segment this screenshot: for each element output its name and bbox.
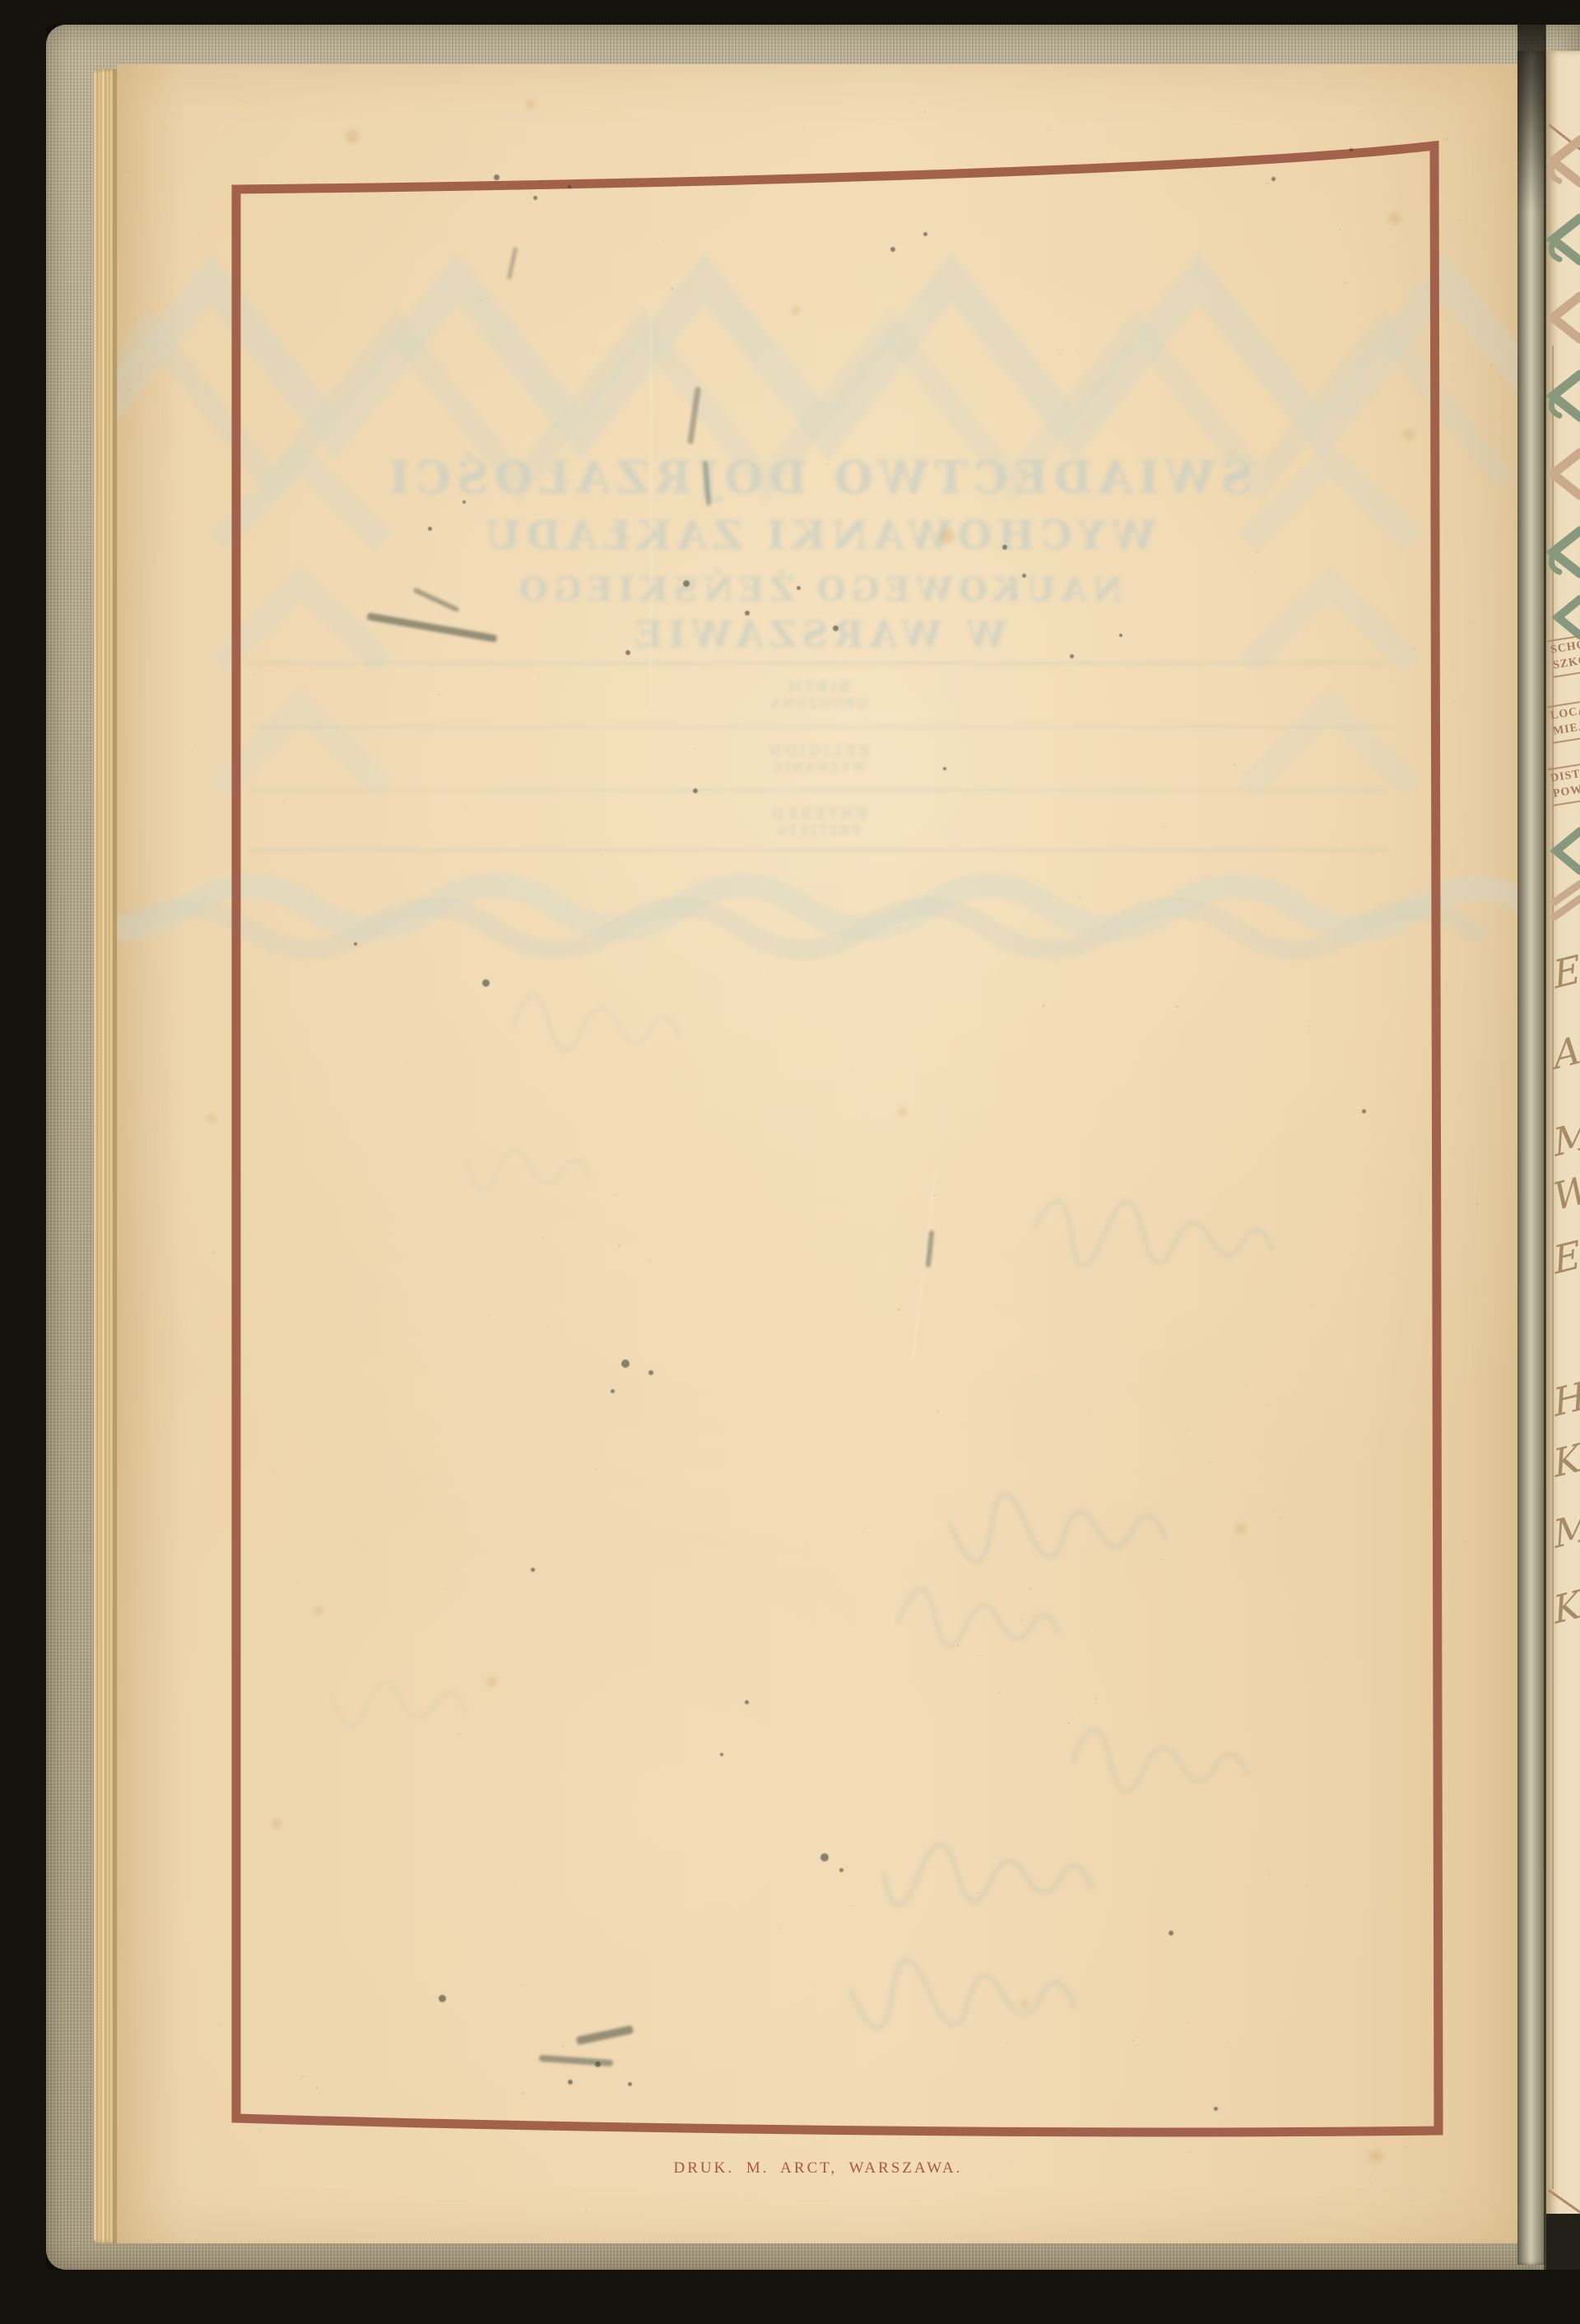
speck — [957, 1644, 960, 1647]
speck — [1369, 2150, 1382, 2163]
lifted-page-fore-edge — [1517, 51, 1545, 2265]
speck — [1312, 1304, 1313, 1306]
speck — [576, 2025, 634, 2045]
speck — [272, 1819, 281, 1829]
speck — [297, 1581, 298, 1582]
speck — [407, 1060, 408, 1061]
speck — [1469, 622, 1471, 624]
speck — [1246, 1385, 1248, 1387]
speck — [212, 1252, 214, 1253]
speck — [445, 1587, 446, 1588]
speck — [316, 2087, 317, 2088]
speck — [587, 2122, 588, 2124]
speck — [898, 1308, 899, 1310]
fore-edge-shadow — [1517, 0, 1545, 214]
speck — [616, 1195, 616, 1196]
speck — [272, 1469, 273, 1471]
speck — [977, 1892, 978, 1894]
speck — [693, 788, 698, 793]
speck — [1327, 1434, 1328, 1435]
speck — [314, 1606, 323, 1615]
speck — [1271, 1509, 1273, 1511]
speck — [1020, 2000, 1029, 2008]
speck — [1254, 570, 1256, 572]
speck — [621, 1360, 630, 1368]
speck — [482, 979, 490, 987]
speck — [462, 463, 463, 465]
speck — [413, 588, 460, 613]
speck — [778, 1928, 780, 1930]
speck — [833, 625, 839, 631]
speck — [936, 1411, 938, 1412]
speck — [1309, 1025, 1311, 1027]
speck — [514, 1889, 515, 1889]
speck — [128, 388, 130, 390]
speck — [826, 463, 827, 464]
speck — [207, 1114, 216, 1122]
speck — [1224, 2047, 1226, 2048]
speck — [1299, 471, 1299, 472]
speck — [202, 505, 203, 507]
speck — [446, 547, 447, 548]
speck — [287, 969, 289, 970]
speck — [539, 2055, 613, 2066]
speck — [361, 1545, 363, 1546]
speck — [1389, 212, 1401, 224]
speck — [523, 1984, 524, 1986]
speck — [683, 580, 690, 587]
speck — [438, 694, 440, 696]
speck — [947, 2127, 948, 2128]
speck — [199, 231, 201, 233]
speck — [1015, 594, 1017, 596]
speck — [1234, 764, 1236, 766]
speck — [1236, 1524, 1246, 1534]
speck — [1305, 1885, 1307, 1886]
speck — [459, 1733, 460, 1734]
speck — [1458, 219, 1459, 220]
speck — [699, 739, 700, 740]
speck — [599, 849, 601, 851]
next-page-chevron-ornament — [1546, 132, 1580, 658]
speck — [943, 767, 946, 770]
speck — [671, 287, 672, 289]
speck — [283, 801, 285, 802]
speck — [1427, 593, 1429, 595]
speck — [674, 616, 675, 617]
speck — [247, 655, 248, 656]
speck — [1362, 1109, 1366, 1113]
speck — [1187, 2023, 1188, 2024]
speck — [1006, 2043, 1008, 2045]
speck — [1280, 1518, 1281, 1519]
speck — [542, 1237, 544, 1239]
speck — [595, 1468, 597, 1470]
speck — [909, 737, 910, 737]
speck — [662, 239, 664, 241]
speck — [521, 2093, 523, 2095]
speck — [1430, 441, 1431, 442]
speck — [585, 2210, 587, 2212]
speck — [357, 114, 358, 114]
speck — [618, 1244, 620, 1247]
speck — [260, 2130, 262, 2131]
speck — [1070, 654, 1074, 658]
speck — [1176, 1006, 1178, 1007]
speck — [1453, 700, 1455, 702]
speck — [130, 171, 131, 172]
speck — [1119, 634, 1122, 637]
speck — [1087, 1629, 1089, 1630]
speck — [839, 1868, 843, 1872]
speck — [396, 1415, 397, 1416]
speck — [1424, 1389, 1426, 1391]
speck — [462, 500, 466, 504]
book-page: ŚWIADECTWO DOJRZAŁOŚCI WYCHOWANKI ZAKŁAD… — [117, 64, 1519, 2243]
speck — [507, 247, 518, 280]
speck — [1222, 1974, 1223, 1975]
speck — [1059, 354, 1061, 356]
speck — [1192, 659, 1194, 661]
speck — [1375, 2178, 1376, 2179]
speck — [940, 528, 955, 543]
speck — [745, 1700, 749, 1704]
speck — [1186, 1429, 1187, 1431]
speck — [1127, 425, 1129, 427]
next-page-label-box: DISTR POW — [1547, 761, 1580, 806]
speck — [978, 1655, 979, 1657]
speck — [202, 654, 203, 656]
speck — [254, 674, 256, 676]
speck — [249, 1235, 251, 1237]
speck — [924, 111, 926, 113]
speck — [592, 351, 593, 352]
speck — [864, 1527, 866, 1529]
speck — [1163, 827, 1164, 829]
speck — [487, 1677, 497, 1687]
speck — [1297, 79, 1298, 80]
next-page-ornament-lower — [1546, 823, 1580, 955]
speck — [673, 184, 675, 186]
speck — [568, 185, 571, 188]
speck — [648, 1370, 653, 1375]
speck — [1079, 896, 1080, 898]
speck — [1079, 355, 1080, 356]
speck — [181, 1322, 183, 1324]
speck — [1029, 1587, 1031, 1589]
speck — [951, 342, 952, 343]
speck — [1104, 239, 1105, 239]
speck — [595, 2061, 601, 2067]
speck — [439, 1995, 446, 2002]
speck — [848, 402, 849, 402]
speck — [191, 748, 193, 750]
speck — [1327, 1657, 1328, 1658]
speck — [547, 1326, 549, 1327]
speck — [480, 300, 481, 301]
speck — [366, 612, 497, 643]
next-page-label-box: SCHO SZKO — [1547, 633, 1580, 678]
speck — [1002, 545, 1007, 550]
speck — [651, 1259, 653, 1261]
speck — [128, 1318, 129, 1320]
speck — [1350, 148, 1353, 151]
speck — [999, 970, 1000, 971]
speck — [1043, 1005, 1045, 1007]
speck — [890, 247, 895, 252]
speck — [338, 1439, 339, 1439]
speck — [1062, 277, 1064, 279]
speck — [193, 924, 194, 926]
speck — [533, 196, 537, 200]
speck — [174, 1094, 176, 1095]
backdrop-strip-top — [0, 0, 1580, 25]
speck — [720, 1753, 723, 1756]
speck — [453, 281, 453, 281]
speck — [703, 461, 712, 506]
backdrop-strip-bottom — [0, 2270, 1580, 2324]
speck — [301, 2075, 303, 2077]
speck — [769, 1011, 770, 1011]
speck — [1256, 551, 1257, 553]
speck — [1498, 1851, 1499, 1852]
speck — [1161, 1559, 1163, 1560]
speck — [692, 634, 694, 636]
speck — [1463, 1541, 1465, 1542]
speck — [792, 306, 800, 314]
speck — [1271, 177, 1276, 181]
speck — [393, 1753, 394, 1755]
speck — [1214, 2107, 1218, 2111]
speck — [1095, 1698, 1097, 1699]
speck — [582, 1239, 583, 1240]
speck — [1414, 648, 1415, 649]
speck — [933, 1195, 935, 1197]
speck — [852, 1067, 853, 1069]
speck — [281, 463, 282, 465]
speck — [217, 2024, 219, 2026]
speck — [1476, 1202, 1478, 1204]
speck — [568, 2080, 573, 2085]
speck — [926, 1230, 935, 1267]
backdrop-strip-left — [0, 0, 46, 2324]
speck — [539, 677, 540, 678]
speck — [625, 650, 630, 655]
speck — [467, 806, 467, 807]
speck — [1090, 1411, 1092, 1413]
speck — [1169, 1931, 1173, 1936]
speck — [346, 130, 359, 143]
speck — [527, 100, 535, 109]
speck — [428, 527, 432, 531]
speck — [628, 2082, 632, 2086]
speck — [1404, 430, 1414, 439]
ink-specks-and-foxing — [117, 64, 1519, 2243]
speck — [394, 1680, 396, 1682]
speck — [803, 129, 804, 130]
speck — [999, 1692, 1001, 1694]
speck — [1490, 365, 1492, 366]
speck — [760, 974, 760, 975]
speck — [354, 942, 357, 946]
speck — [1189, 2151, 1191, 2153]
speck — [852, 1905, 853, 1907]
speck — [1112, 1522, 1113, 1523]
speck — [992, 2176, 993, 2177]
speck — [1013, 2163, 1014, 2164]
speck — [611, 1389, 615, 1393]
speck — [577, 820, 578, 820]
speck — [488, 1314, 490, 1316]
speck — [718, 2053, 719, 2054]
speck — [820, 1853, 829, 1862]
speck — [1337, 712, 1338, 713]
speck — [1107, 1982, 1108, 1983]
speck — [704, 579, 705, 580]
speck — [562, 2045, 564, 2047]
speck — [864, 723, 866, 725]
speck — [1020, 1619, 1022, 1620]
speck — [531, 1568, 535, 1572]
speck — [1269, 1405, 1270, 1406]
next-page-label-box: LOCA MIEJS — [1547, 699, 1580, 744]
speck — [494, 174, 500, 180]
speck — [1022, 574, 1026, 578]
speck — [1108, 1169, 1109, 1170]
page-edge-stack — [94, 69, 117, 2243]
speck — [797, 586, 801, 590]
speck — [1266, 183, 1268, 184]
speck — [185, 1838, 186, 1838]
speck — [1301, 700, 1302, 700]
speck — [687, 387, 701, 444]
speck — [455, 1074, 457, 1076]
speck — [1344, 282, 1346, 285]
speck — [1445, 137, 1448, 140]
speck — [745, 611, 750, 616]
speck — [223, 130, 224, 131]
speck — [1209, 1462, 1211, 1463]
speck — [811, 1984, 812, 1985]
speck — [1404, 2146, 1406, 2148]
speck — [404, 482, 406, 484]
speck — [384, 839, 385, 840]
speck — [1067, 1722, 1069, 1724]
speck — [899, 1108, 907, 1116]
speck — [923, 232, 927, 236]
speck — [1269, 1874, 1271, 1875]
speck — [1339, 229, 1341, 230]
speck — [713, 893, 714, 895]
speck — [695, 747, 696, 749]
speck — [1048, 126, 1049, 128]
speck — [1132, 2040, 1135, 2043]
